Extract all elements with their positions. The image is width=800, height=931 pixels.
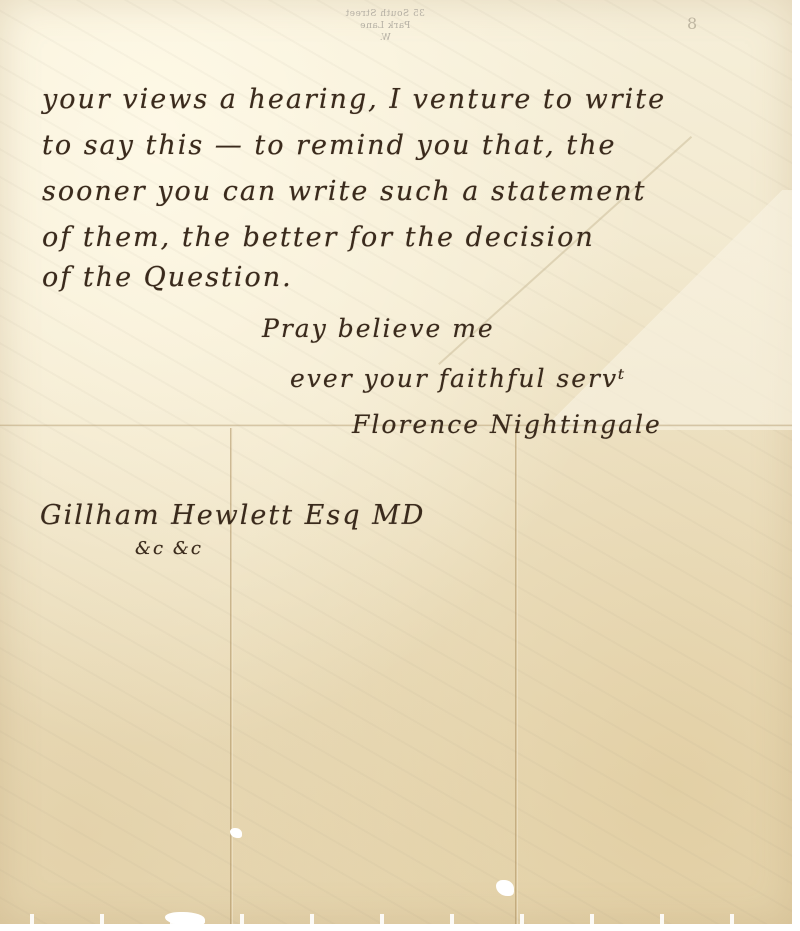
- signature: Florence Nightingale: [352, 410, 662, 439]
- stamp-line-1: 35 South Street: [335, 8, 435, 20]
- addressee-name: Gillham Hewlett Esq MD: [40, 500, 425, 531]
- addressee-suffix: &c &c: [135, 538, 203, 559]
- embossed-address-stamp: 35 South Street Park Lane W.: [335, 8, 435, 44]
- page-number-mark: 8: [687, 14, 697, 33]
- paper-tear: [230, 828, 242, 838]
- body-line-4: of them, the better for the decision: [42, 222, 595, 253]
- closing-salutation: Pray believe me: [262, 314, 495, 343]
- paper-tear: [165, 912, 205, 924]
- paper-tear: [496, 880, 514, 896]
- vertical-fold-right: [515, 428, 518, 924]
- body-line-3: sooner you can write such a statement: [42, 176, 646, 207]
- body-line-1: your views a hearing, I venture to write: [42, 84, 666, 115]
- body-line-5: of the Question.: [42, 262, 293, 293]
- stamp-line-3: W.: [335, 32, 435, 44]
- stamp-line-2: Park Lane: [335, 20, 435, 32]
- letter-sheet: 35 South Street Park Lane W. 8 your view…: [0, 0, 792, 924]
- closing-valediction: ever your faithful servᵗ: [290, 364, 626, 393]
- body-line-2: to say this — to remind you that, the: [42, 130, 617, 161]
